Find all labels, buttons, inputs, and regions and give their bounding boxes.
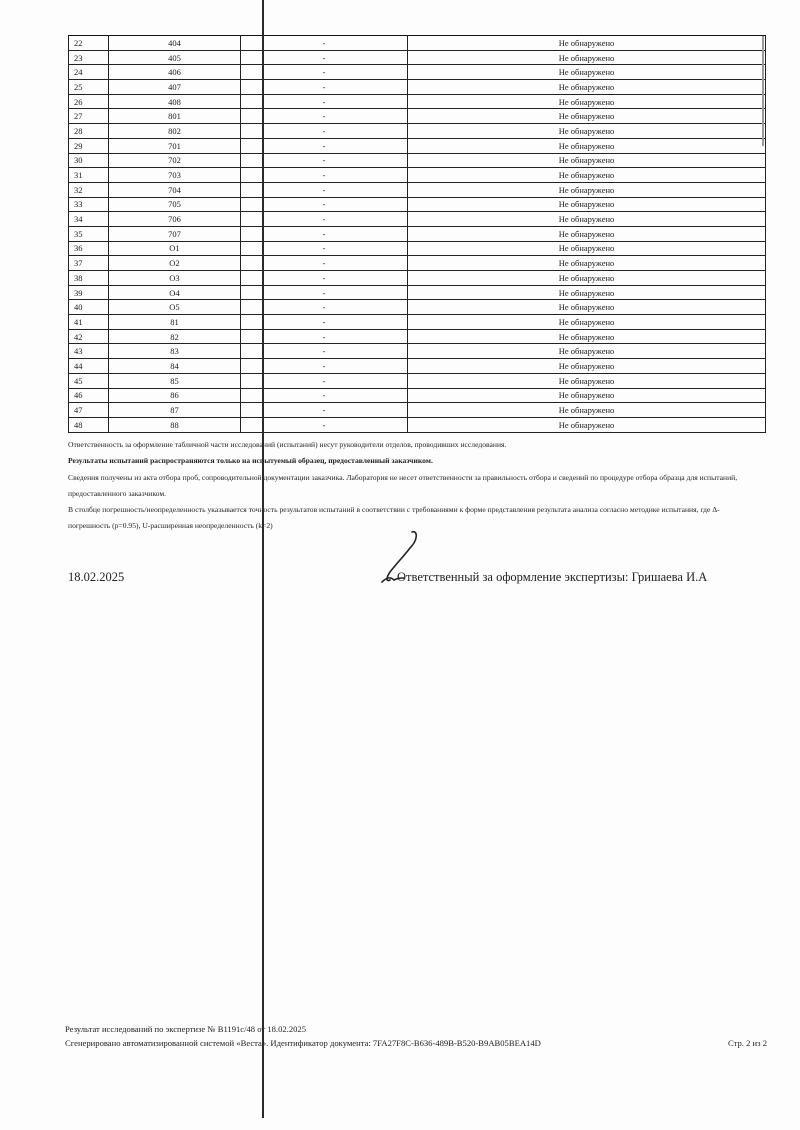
row-number: 23 (69, 50, 109, 65)
results-table: 22404-Не обнаружено23405-Не обнаружено24… (68, 35, 766, 433)
notes-section: Ответственность за оформление табличной … (68, 437, 758, 535)
sample-code: 88 (109, 417, 241, 432)
table-row: 4888-Не обнаружено (69, 417, 766, 432)
row-number: 38 (69, 271, 109, 286)
table-row: 40O5-Не обнаружено (69, 300, 766, 315)
sample-code: 705 (109, 197, 241, 212)
row-number: 26 (69, 94, 109, 109)
table-row: 4787-Не обнаружено (69, 403, 766, 418)
table-row: 25407-Не обнаружено (69, 80, 766, 95)
row-number: 25 (69, 80, 109, 95)
value-cell: - (241, 212, 408, 227)
responsible-person: Ответственный за оформление экспертизы: … (397, 570, 707, 585)
result-cell: Не обнаружено (408, 36, 766, 51)
value-cell: - (241, 417, 408, 432)
row-number: 46 (69, 388, 109, 403)
value-cell: - (241, 124, 408, 139)
row-number: 31 (69, 168, 109, 183)
result-cell: Не обнаружено (408, 197, 766, 212)
row-number: 29 (69, 138, 109, 153)
value-cell: - (241, 329, 408, 344)
result-cell: Не обнаружено (408, 271, 766, 286)
result-cell: Не обнаружено (408, 124, 766, 139)
row-number: 22 (69, 36, 109, 51)
sample-code: 404 (109, 36, 241, 51)
scan-artifact-line (262, 0, 264, 1118)
row-number: 27 (69, 109, 109, 124)
row-number: 30 (69, 153, 109, 168)
footer-expertise-ref: Результат исследований по экспертизе № В… (65, 1022, 775, 1036)
value-cell: - (241, 36, 408, 51)
result-cell: Не обнаружено (408, 315, 766, 330)
result-cell: Не обнаружено (408, 168, 766, 183)
document-page: 22404-Не обнаружено23405-Не обнаружено24… (0, 0, 800, 1130)
row-number: 32 (69, 182, 109, 197)
value-cell: - (241, 226, 408, 241)
result-cell: Не обнаружено (408, 285, 766, 300)
row-number: 36 (69, 241, 109, 256)
value-cell: - (241, 271, 408, 286)
value-cell: - (241, 182, 408, 197)
result-cell: Не обнаружено (408, 153, 766, 168)
sample-code: 405 (109, 50, 241, 65)
footer-document-id: Сгенерировано автоматизированной системо… (65, 1036, 541, 1050)
result-cell: Не обнаружено (408, 403, 766, 418)
sample-code: 801 (109, 109, 241, 124)
page-number: Стр. 2 из 2 (728, 1036, 767, 1050)
table-row: 29701-Не обнаружено (69, 138, 766, 153)
note-scope: Результаты испытаний распространяются то… (68, 453, 758, 469)
note-responsibility: Ответственность за оформление табличной … (68, 437, 758, 453)
sample-code: 408 (109, 94, 241, 109)
sample-code: O2 (109, 256, 241, 271)
sample-code: 706 (109, 212, 241, 227)
value-cell: - (241, 153, 408, 168)
row-number: 39 (69, 285, 109, 300)
result-cell: Не обнаружено (408, 344, 766, 359)
value-cell: - (241, 138, 408, 153)
sample-code: O1 (109, 241, 241, 256)
row-number: 40 (69, 300, 109, 315)
sample-code: 407 (109, 80, 241, 95)
table-row: 31703-Не обнаружено (69, 168, 766, 183)
result-cell: Не обнаружено (408, 94, 766, 109)
table-row: 32704-Не обнаружено (69, 182, 766, 197)
sample-code: 81 (109, 315, 241, 330)
value-cell: - (241, 256, 408, 271)
table-row: 28802-Не обнаружено (69, 124, 766, 139)
row-number: 24 (69, 65, 109, 80)
sample-code: 406 (109, 65, 241, 80)
results-table-body: 22404-Не обнаружено23405-Не обнаружено24… (69, 36, 766, 433)
result-cell: Не обнаружено (408, 256, 766, 271)
table-row: 33705-Не обнаружено (69, 197, 766, 212)
sample-code: 83 (109, 344, 241, 359)
result-cell: Не обнаружено (408, 65, 766, 80)
table-row: 34706-Не обнаружено (69, 212, 766, 227)
result-cell: Не обнаружено (408, 417, 766, 432)
sample-code: 702 (109, 153, 241, 168)
sample-code: O4 (109, 285, 241, 300)
table-row: 26408-Не обнаружено (69, 94, 766, 109)
result-cell: Не обнаружено (408, 359, 766, 374)
value-cell: - (241, 109, 408, 124)
table-row: 39O4-Не обнаружено (69, 285, 766, 300)
value-cell: - (241, 315, 408, 330)
signature-date: 18.02.2025 (68, 570, 124, 585)
table-row: 23405-Не обнаружено (69, 50, 766, 65)
row-number: 37 (69, 256, 109, 271)
sample-code: 86 (109, 388, 241, 403)
result-cell: Не обнаружено (408, 182, 766, 197)
result-cell: Не обнаружено (408, 241, 766, 256)
value-cell: - (241, 241, 408, 256)
sample-code: 703 (109, 168, 241, 183)
row-number: 35 (69, 226, 109, 241)
value-cell: - (241, 80, 408, 95)
row-number: 28 (69, 124, 109, 139)
table-row: 4282-Не обнаружено (69, 329, 766, 344)
value-cell: - (241, 197, 408, 212)
table-row: 4585-Не обнаружено (69, 373, 766, 388)
result-cell: Не обнаружено (408, 226, 766, 241)
value-cell: - (241, 403, 408, 418)
sample-code: O5 (109, 300, 241, 315)
result-cell: Не обнаружено (408, 300, 766, 315)
table-row: 24406-Не обнаружено (69, 65, 766, 80)
row-number: 41 (69, 315, 109, 330)
row-number: 42 (69, 329, 109, 344)
value-cell: - (241, 168, 408, 183)
sample-code: O3 (109, 271, 241, 286)
sample-code: 85 (109, 373, 241, 388)
value-cell: - (241, 344, 408, 359)
sample-code: 82 (109, 329, 241, 344)
table-row: 4181-Не обнаружено (69, 315, 766, 330)
value-cell: - (241, 50, 408, 65)
sample-code: 704 (109, 182, 241, 197)
sample-code: 802 (109, 124, 241, 139)
sample-code: 84 (109, 359, 241, 374)
table-row: 4383-Не обнаружено (69, 344, 766, 359)
result-cell: Не обнаружено (408, 388, 766, 403)
row-number: 48 (69, 417, 109, 432)
result-cell: Не обнаружено (408, 212, 766, 227)
note-sampling: Сведения получены из акта отбора проб, с… (68, 470, 758, 503)
table-row: 22404-Не обнаружено (69, 36, 766, 51)
sample-code: 87 (109, 403, 241, 418)
value-cell: - (241, 285, 408, 300)
result-cell: Не обнаружено (408, 373, 766, 388)
result-cell: Не обнаружено (408, 109, 766, 124)
value-cell: - (241, 373, 408, 388)
scan-artifact-edge (762, 36, 764, 146)
table-row: 35707-Не обнаружено (69, 226, 766, 241)
table-row: 37O2-Не обнаружено (69, 256, 766, 271)
table-row: 4686-Не обнаружено (69, 388, 766, 403)
result-cell: Не обнаружено (408, 329, 766, 344)
page-footer: Результат исследований по экспертизе № В… (65, 1022, 775, 1050)
value-cell: - (241, 65, 408, 80)
sample-code: 707 (109, 226, 241, 241)
value-cell: - (241, 94, 408, 109)
value-cell: - (241, 388, 408, 403)
value-cell: - (241, 300, 408, 315)
table-row: 36O1-Не обнаружено (69, 241, 766, 256)
row-number: 33 (69, 197, 109, 212)
table-row: 27801-Не обнаружено (69, 109, 766, 124)
result-cell: Не обнаружено (408, 138, 766, 153)
value-cell: - (241, 359, 408, 374)
table-row: 30702-Не обнаружено (69, 153, 766, 168)
result-cell: Не обнаружено (408, 50, 766, 65)
result-cell: Не обнаружено (408, 80, 766, 95)
sample-code: 701 (109, 138, 241, 153)
row-number: 47 (69, 403, 109, 418)
row-number: 44 (69, 359, 109, 374)
row-number: 34 (69, 212, 109, 227)
table-row: 38O3-Не обнаружено (69, 271, 766, 286)
row-number: 43 (69, 344, 109, 359)
row-number: 45 (69, 373, 109, 388)
table-row: 4484-Не обнаружено (69, 359, 766, 374)
